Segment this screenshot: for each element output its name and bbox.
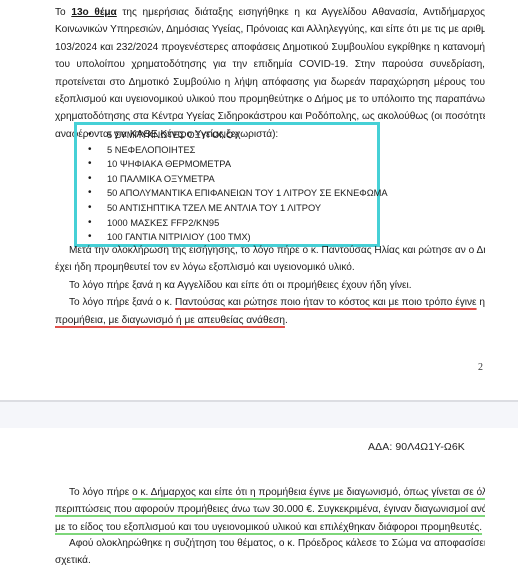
bullet-icon: • — [88, 216, 92, 231]
list-item: •50 ΑΠΟΛΥΜΑΝΤΙΚΑ ΕΠΙΦΑΝΕΙΩΝ ΤΟΥ 1 ΛΙΤΡΟΥ… — [77, 186, 377, 201]
green-underlined-text: περιπτώσεις που αφορούν προμήθειες άνω τ… — [55, 504, 485, 515]
bullet-icon: • — [88, 157, 92, 172]
question-line-2: έχει ήδη προμηθευτεί τον εν λόγω εξοπλισ… — [55, 259, 485, 276]
mayor-line-2: περιπτώσεις που αφορούν προμήθειες άνω τ… — [55, 501, 485, 518]
list-item: •10 ΨΗΦΙΑΚΑ ΘΕΡΜΟΜΕΤΡΑ — [77, 157, 377, 172]
green-underlined-text: ο κ. Δήμαρχος και είπε ότι η προμήθεια έ… — [132, 487, 485, 498]
followup-line-2: προμήθεια, με διαγωνισμό ή με απευθείας … — [55, 312, 485, 329]
intro-line-5: προτείνεται στο Δημοτικό Συμβούλιο η λήψ… — [55, 74, 485, 91]
ada-code: ΑΔΑ: 90Λ4Ω1Υ-Ω6Κ — [368, 441, 465, 453]
intro-line-3: 103/2024 και 232/2024 προγενέστερες αποφ… — [55, 39, 485, 56]
closing-line-1: Αφού ολοκληρώθηκε η συζήτηση του θέματος… — [55, 535, 485, 552]
green-underlined-text: με το είδος του εξοπλισμού και του υγειο… — [55, 522, 482, 533]
subject-reference: 13ο θέμα — [71, 7, 116, 18]
mayor-line-3: με το είδος του εξοπλισμού και του υγειο… — [55, 519, 485, 536]
equipment-list: •5 ΣΥΜΠΥΚΝΩΤΕΣ ΟΞΥΓΟΝΟΥ •5 ΝΕΦΕΛΟΠΟΙΗΤΕΣ… — [77, 125, 377, 245]
document-page-1: Το 13ο θέμα της ημερήσιας διάταξης εισηγ… — [0, 0, 518, 400]
bullet-icon: • — [88, 172, 92, 187]
list-item: •50 ΑΝΤΙΣΗΠΤΙΚΑ ΤΖΕΛ ΜΕ ΑΝΤΛΙΑ ΤΟΥ 1 ΛΙΤ… — [77, 201, 377, 216]
closing-paragraph: Αφού ολοκληρώθηκε η συζήτηση του θέματος… — [55, 535, 485, 565]
page-separator — [0, 400, 518, 428]
mayor-line-1: Το λόγο πήρε ο κ. Δήμαρχος και είπε ότι … — [55, 484, 485, 501]
red-underlined-text: προμήθεια, με διαγωνισμό ή με απευθείας … — [55, 315, 285, 326]
list-item: •1000 ΜΑΣΚΕΣ FFP2/KN95 — [77, 216, 377, 231]
intro-line-2: Κοινωνικών Υπηρεσιών, Δημόσιας Υγείας, Π… — [55, 21, 485, 38]
closing-line-2: σχετικά. — [55, 552, 485, 565]
intro-line-4: του υπολοίπου χρηματοδότησης για την επι… — [55, 56, 485, 73]
list-item: •10 ΠΑΛΜΙΚΑ ΟΞΥΜΕΤΡΑ — [77, 172, 377, 187]
highlighted-items-box: •5 ΣΥΜΠΥΚΝΩΤΕΣ ΟΞΥΓΟΝΟΥ •5 ΝΕΦΕΛΟΠΟΙΗΤΕΣ… — [74, 122, 380, 247]
question-line-1: Μετά την ολοκλήρωση της εισήγησης, το λό… — [55, 242, 485, 259]
red-underlined-text: Παντούσας και ρώτησε ποιο ήταν το κόστος… — [175, 297, 477, 308]
bullet-icon: • — [88, 143, 92, 158]
intro-line-6: εξοπλισμού και υγειονομικού υλικού που π… — [55, 91, 485, 108]
discussion-paragraphs: Μετά την ολοκλήρωση της εισήγησης, το λό… — [55, 242, 485, 329]
bullet-icon: • — [88, 186, 92, 201]
list-item: •5 ΣΥΜΠΥΚΝΩΤΕΣ ΟΞΥΓΟΝΟΥ — [77, 128, 377, 143]
list-item: •5 ΝΕΦΕΛΟΠΟΙΗΤΕΣ — [77, 143, 377, 158]
bullet-icon: • — [88, 201, 92, 216]
page-number: 2 — [478, 362, 483, 373]
answer-line: Το λόγο πήρε ξανά η κα Αγγελίδου και είπ… — [55, 277, 485, 294]
followup-line-1: Το λόγο πήρε ξανά ο κ. Παντούσας και ρώτ… — [55, 294, 485, 311]
intro-line-1: Το 13ο θέμα της ημερήσιας διάταξης εισηγ… — [55, 4, 485, 21]
bullet-icon: • — [88, 128, 92, 143]
mayor-paragraph: Το λόγο πήρε ο κ. Δήμαρχος και είπε ότι … — [55, 484, 485, 536]
